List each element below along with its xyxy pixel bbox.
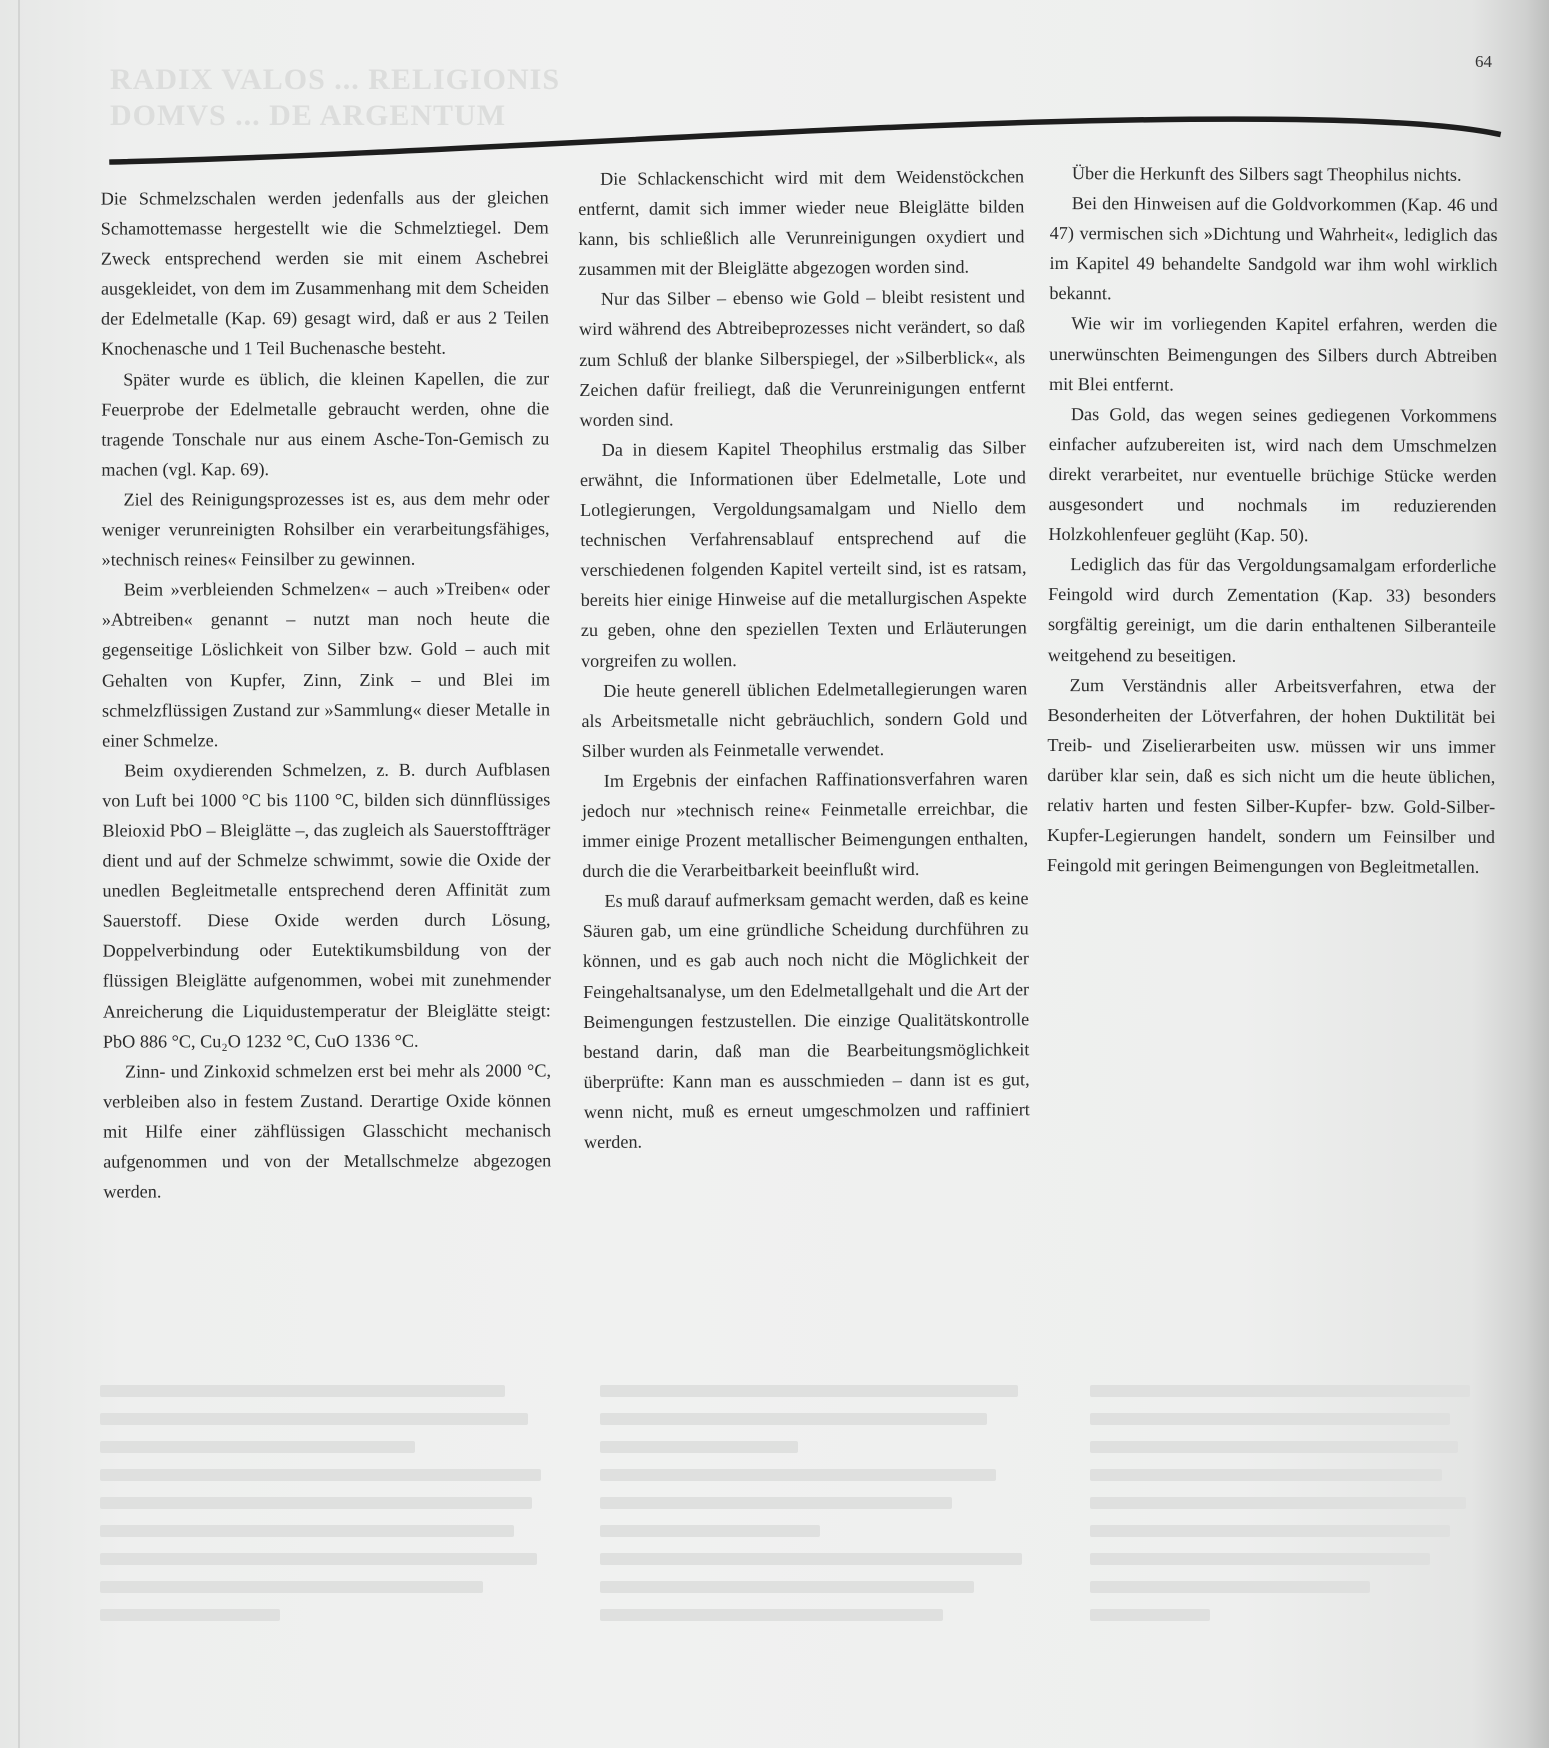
paragraph: Zinn- und Zinkoxid schmelzen erst bei me… — [103, 1055, 551, 1207]
paragraph: Lediglich das für das Vergoldungsamalgam… — [1048, 549, 1497, 671]
paragraph: Die Schlackenschicht wird mit dem Weiden… — [578, 161, 1025, 284]
bleed-through-text-right — [1090, 1385, 1490, 1625]
bleed-through-text-left — [100, 1385, 550, 1625]
bleed-through-text-middle — [600, 1385, 1040, 1625]
paragraph: Nur das Silber – ebenso wie Gold – bleib… — [579, 282, 1026, 435]
paragraph: Ziel des Reinigungsprozesses ist es, aus… — [101, 483, 549, 574]
paragraph: Über die Herkunft des Silbers sagt Theop… — [1050, 158, 1498, 190]
paragraph: Es muß darauf aufmerksam gemacht werden,… — [582, 884, 1030, 1158]
paragraph: Die Schmelzschalen werden jedenfalls aus… — [101, 182, 549, 364]
paragraph: Beim oxydierenden Schmelzen, z. B. durch… — [102, 754, 551, 1056]
text-column-3: Über die Herkunft des Silbers sagt Theop… — [1047, 158, 1498, 882]
scanned-page: RADIX VALOS ... RELIGIONIS DOMVS ... DE … — [0, 0, 1549, 1748]
paragraph: Später wurde es üblich, die kleinen Kape… — [101, 363, 549, 485]
paragraph: Beim »verbleienden Schmelzen« – auch »Tr… — [102, 574, 550, 756]
page-edge-shadow — [18, 0, 20, 1748]
text-column-2: Die Schlackenschicht wird mit dem Weiden… — [578, 161, 1030, 1157]
paragraph: Im Ergebnis der einfachen Raffinationsve… — [582, 763, 1029, 886]
paragraph: Bei den Hinweisen auf die Goldvorkommen … — [1049, 188, 1498, 310]
paragraph: Das Gold, das wegen seines gediegenen Vo… — [1048, 399, 1497, 551]
text-column-1: Die Schmelzschalen werden jedenfalls aus… — [101, 182, 552, 1206]
paragraph: Die heute generell üblichen Edelmetalleg… — [581, 673, 1028, 766]
paragraph: Zum Verständnis aller Arbeitsverfahren, … — [1047, 670, 1496, 883]
paragraph: Da in diesem Kapitel Theophilus erstmali… — [580, 432, 1027, 675]
paragraph: Wie wir im vorliegenden Kapitel erfahren… — [1049, 308, 1497, 400]
